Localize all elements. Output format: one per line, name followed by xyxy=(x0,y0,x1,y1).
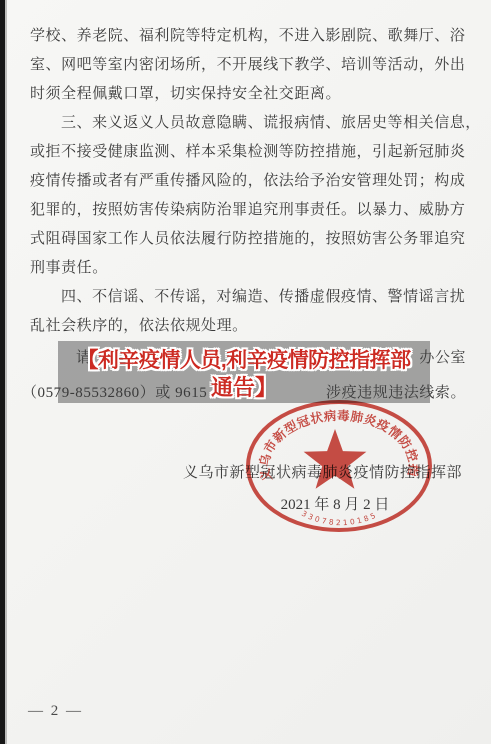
body-line: 室、网吧等室内密闭场所，不开展线下教学、培训等活动，外出 xyxy=(30,51,468,80)
seal-star-icon xyxy=(304,429,367,489)
notice-body: 学校、养老院、福利院等特定机构，不进入影剧院、歌舞厅、浴 室、网吧等室内密闭场所… xyxy=(30,22,468,341)
body-line: 学校、养老院、福利院等特定机构，不进入影剧院、歌舞厅、浴 xyxy=(30,22,468,51)
body-line: 式阻碍国家工作人员依法履行防控措施的，按照妨害公务罪追究 xyxy=(30,225,468,254)
body-line: 三、来义返义人员故意隐瞒、谎报病情、旅居史等相关信息， xyxy=(30,109,468,138)
page-number: — 2 — xyxy=(28,703,83,720)
body-line: 四、不信谣、不传谣，对编造、传播虚假疫情、警情谣言扰 xyxy=(30,283,468,312)
seal-serial-number: 33078210185 xyxy=(300,509,379,527)
body-line: 或拒不接受健康监测、样本采集检测等防控措施，引起新冠肺炎 xyxy=(30,138,468,167)
body-line: 刑事责任。 xyxy=(30,254,468,283)
page-left-edge-shadow xyxy=(5,0,7,744)
body-line: 疫情传播或者有严重传播风险的，依法给予治安管理处罚；构成 xyxy=(30,167,468,196)
official-seal: 义乌市新型冠状病毒肺炎疫情防控指挥部 33078210185 xyxy=(244,398,434,536)
overlay-headline-line1: 【利辛疫情人员,利辛疫情防控指挥部 xyxy=(58,344,430,374)
body-line: 犯罪的，按照妨害传染病防治罪追究刑事责任。以暴力、威胁方 xyxy=(30,196,468,225)
body-line: 时须全程佩戴口罩，切实保持安全社交距离。 xyxy=(30,80,468,109)
body-line: 乱社会秩序的，依法依规处理。 xyxy=(30,312,468,341)
document-photo-page: 学校、养老院、福利院等特定机构，不进入影剧院、歌舞厅、浴 室、网吧等室内密闭场所… xyxy=(0,0,491,744)
